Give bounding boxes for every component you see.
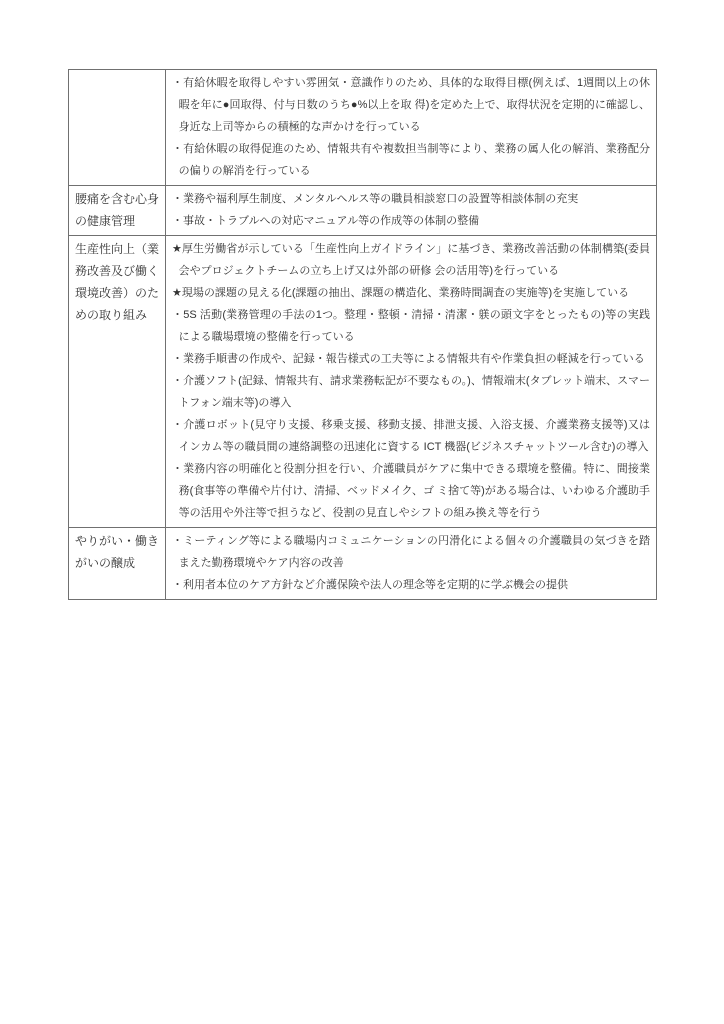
checklist-item: ・有給休暇の取得促進のため、情報共有や複数担当制等により、業務の属人化の解消、業… [172,138,650,182]
category-label [69,70,166,186]
improvement-measures-table: ・有給休暇を取得しやすい雰囲気・意識作りのため、具体的な取得目標(例えば、1週間… [68,69,657,600]
checklist-item: ★現場の課題の見える化(課題の抽出、課題の構造化、業務時間調査の実施等)を実施し… [172,282,650,304]
table-row: 腰痛を含む心身の健康管理・業務や福利厚生制度、メンタルヘルス等の職員相談窓口の設… [69,186,657,236]
category-label: やりがい・働きがいの醸成 [69,528,166,600]
checklist-item: ・介護ロボット(見守り支援、移乗支援、移動支援、排泄支援、入浴支援、介護業務支援… [172,414,650,458]
table-row: やりがい・働きがいの醸成・ミーティング等による職場内コミュニケーションの円滑化に… [69,528,657,600]
checklist-item: ・利用者本位のケア方針など介護保険や法人の理念等を定期的に学ぶ機会の提供 [172,574,650,596]
checklist-item: ★厚生労働省が示している「生産性向上ガイドライン」に基づき、業務改善活動の体制構… [172,238,650,282]
checklist-item: ・介護ソフト(記録、情報共有、請求業務転記が不要なもの。)、情報端末(タブレット… [172,370,650,414]
checklist-item: ・業務や福利厚生制度、メンタルヘルス等の職員相談窓口の設置等相談体制の充実 [172,188,650,210]
category-label: 腰痛を含む心身の健康管理 [69,186,166,236]
table-row: 生産性向上（業務改善及び働く環境改善）のための取り組み★厚生労働省が示している「… [69,236,657,528]
checklist-item: ・業務手順書の作成や、記録・報告様式の工夫等による情報共有や作業負担の軽減を行っ… [172,348,650,370]
category-label: 生産性向上（業務改善及び働く環境改善）のための取り組み [69,236,166,528]
table-body: ・有給休暇を取得しやすい雰囲気・意識作りのため、具体的な取得目標(例えば、1週間… [69,70,657,600]
checklist-item: ・ミーティング等による職場内コミュニケーションの円滑化による個々の介護職員の気づ… [172,530,650,574]
document-page: ・有給休暇を取得しやすい雰囲気・意識作りのため、具体的な取得目標(例えば、1週間… [0,0,724,1024]
table-row: ・有給休暇を取得しやすい雰囲気・意識作りのため、具体的な取得目標(例えば、1週間… [69,70,657,186]
category-items: ★厚生労働省が示している「生産性向上ガイドライン」に基づき、業務改善活動の体制構… [166,236,657,528]
checklist-item: ・事故・トラブルへの対応マニュアル等の作成等の体制の整備 [172,210,650,232]
checklist-item: ・業務内容の明確化と役割分担を行い、介護職員がケアに集中できる環境を整備。特に、… [172,458,650,524]
checklist-item: ・5S 活動(業務管理の手法の1つ。整理・整頓・清掃・清潔・躾の頭文字をとったも… [172,304,650,348]
category-items: ・業務や福利厚生制度、メンタルヘルス等の職員相談窓口の設置等相談体制の充実・事故… [166,186,657,236]
checklist-item: ・有給休暇を取得しやすい雰囲気・意識作りのため、具体的な取得目標(例えば、1週間… [172,72,650,138]
category-items: ・ミーティング等による職場内コミュニケーションの円滑化による個々の介護職員の気づ… [166,528,657,600]
category-items: ・有給休暇を取得しやすい雰囲気・意識作りのため、具体的な取得目標(例えば、1週間… [166,70,657,186]
